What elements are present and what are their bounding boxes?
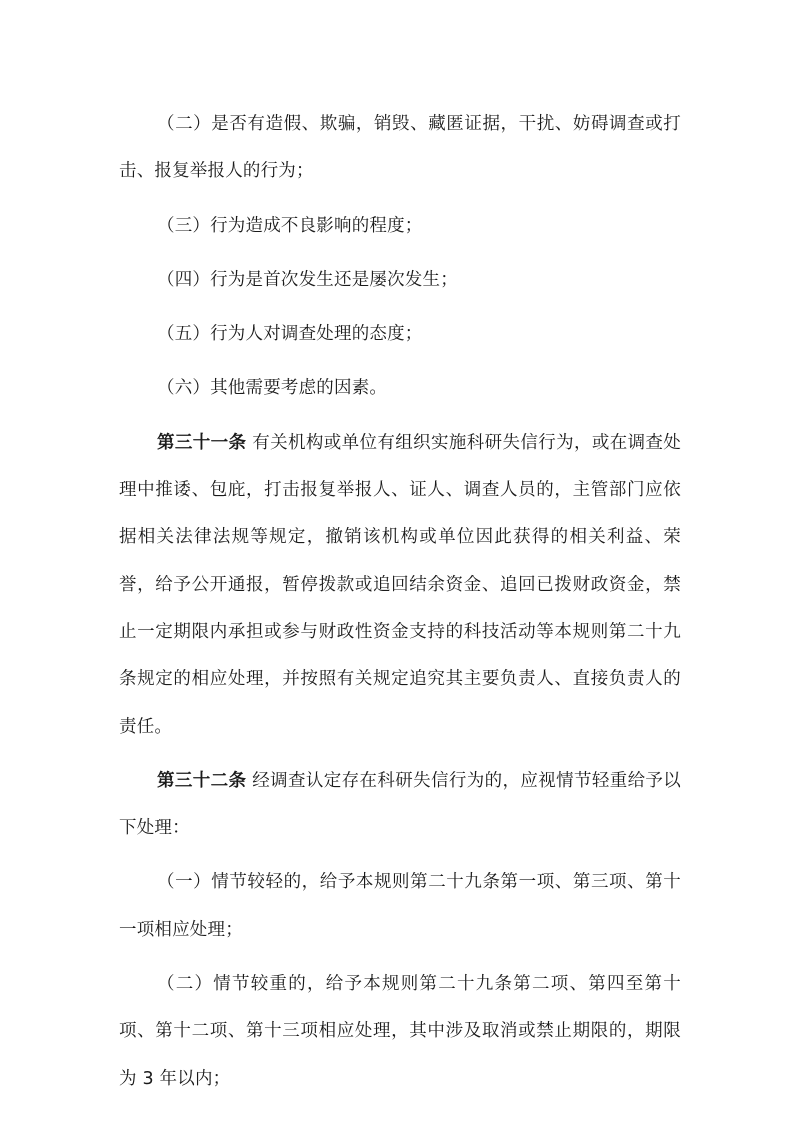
item-4-first-or-repeated: （四）行为是首次发生还是屡次发生； (119, 257, 681, 304)
article-31-body: 有关机构或单位有组织实施科研失信行为，或在调查处理中推诿、包庇，打击报复举报人、… (119, 433, 681, 737)
item-5-attitude: （五）行为人对调查处理的态度； (119, 311, 681, 358)
article-31: 第三十一条 有关机构或单位有组织实施科研失信行为，或在调查处理中推诿、包庇，打击… (119, 420, 681, 751)
item-2-serious-circumstances: （二）情节较重的，给予本规则第二十九条第二项、第四至第十项、第十二项、第十三项相… (119, 961, 681, 1103)
article-32-label: 第三十二条 (157, 771, 246, 791)
article-32: 第三十二条 经调查认定存在科研失信行为的，应视情节轻重给予以下处理： (119, 758, 681, 853)
item-3-impact-degree: （三）行为造成不良影响的程度； (119, 203, 681, 250)
item-2-is-fraud: （二）是否有造假、欺骗，销毁、藏匿证据，干扰、妨碍调查或打击、报复举报人的行为； (119, 101, 681, 196)
article-31-label: 第三十一条 (157, 433, 246, 453)
item-1-minor-circumstances: （一）情节较轻的，给予本规则第二十九条第一项、第三项、第十一项相应处理； (119, 859, 681, 954)
item-6-other-factors: （六）其他需要考虑的因素。 (119, 365, 681, 412)
document-page: （二）是否有造假、欺骗，销毁、藏匿证据，干扰、妨碍调查或打击、报复举报人的行为；… (119, 101, 681, 1103)
